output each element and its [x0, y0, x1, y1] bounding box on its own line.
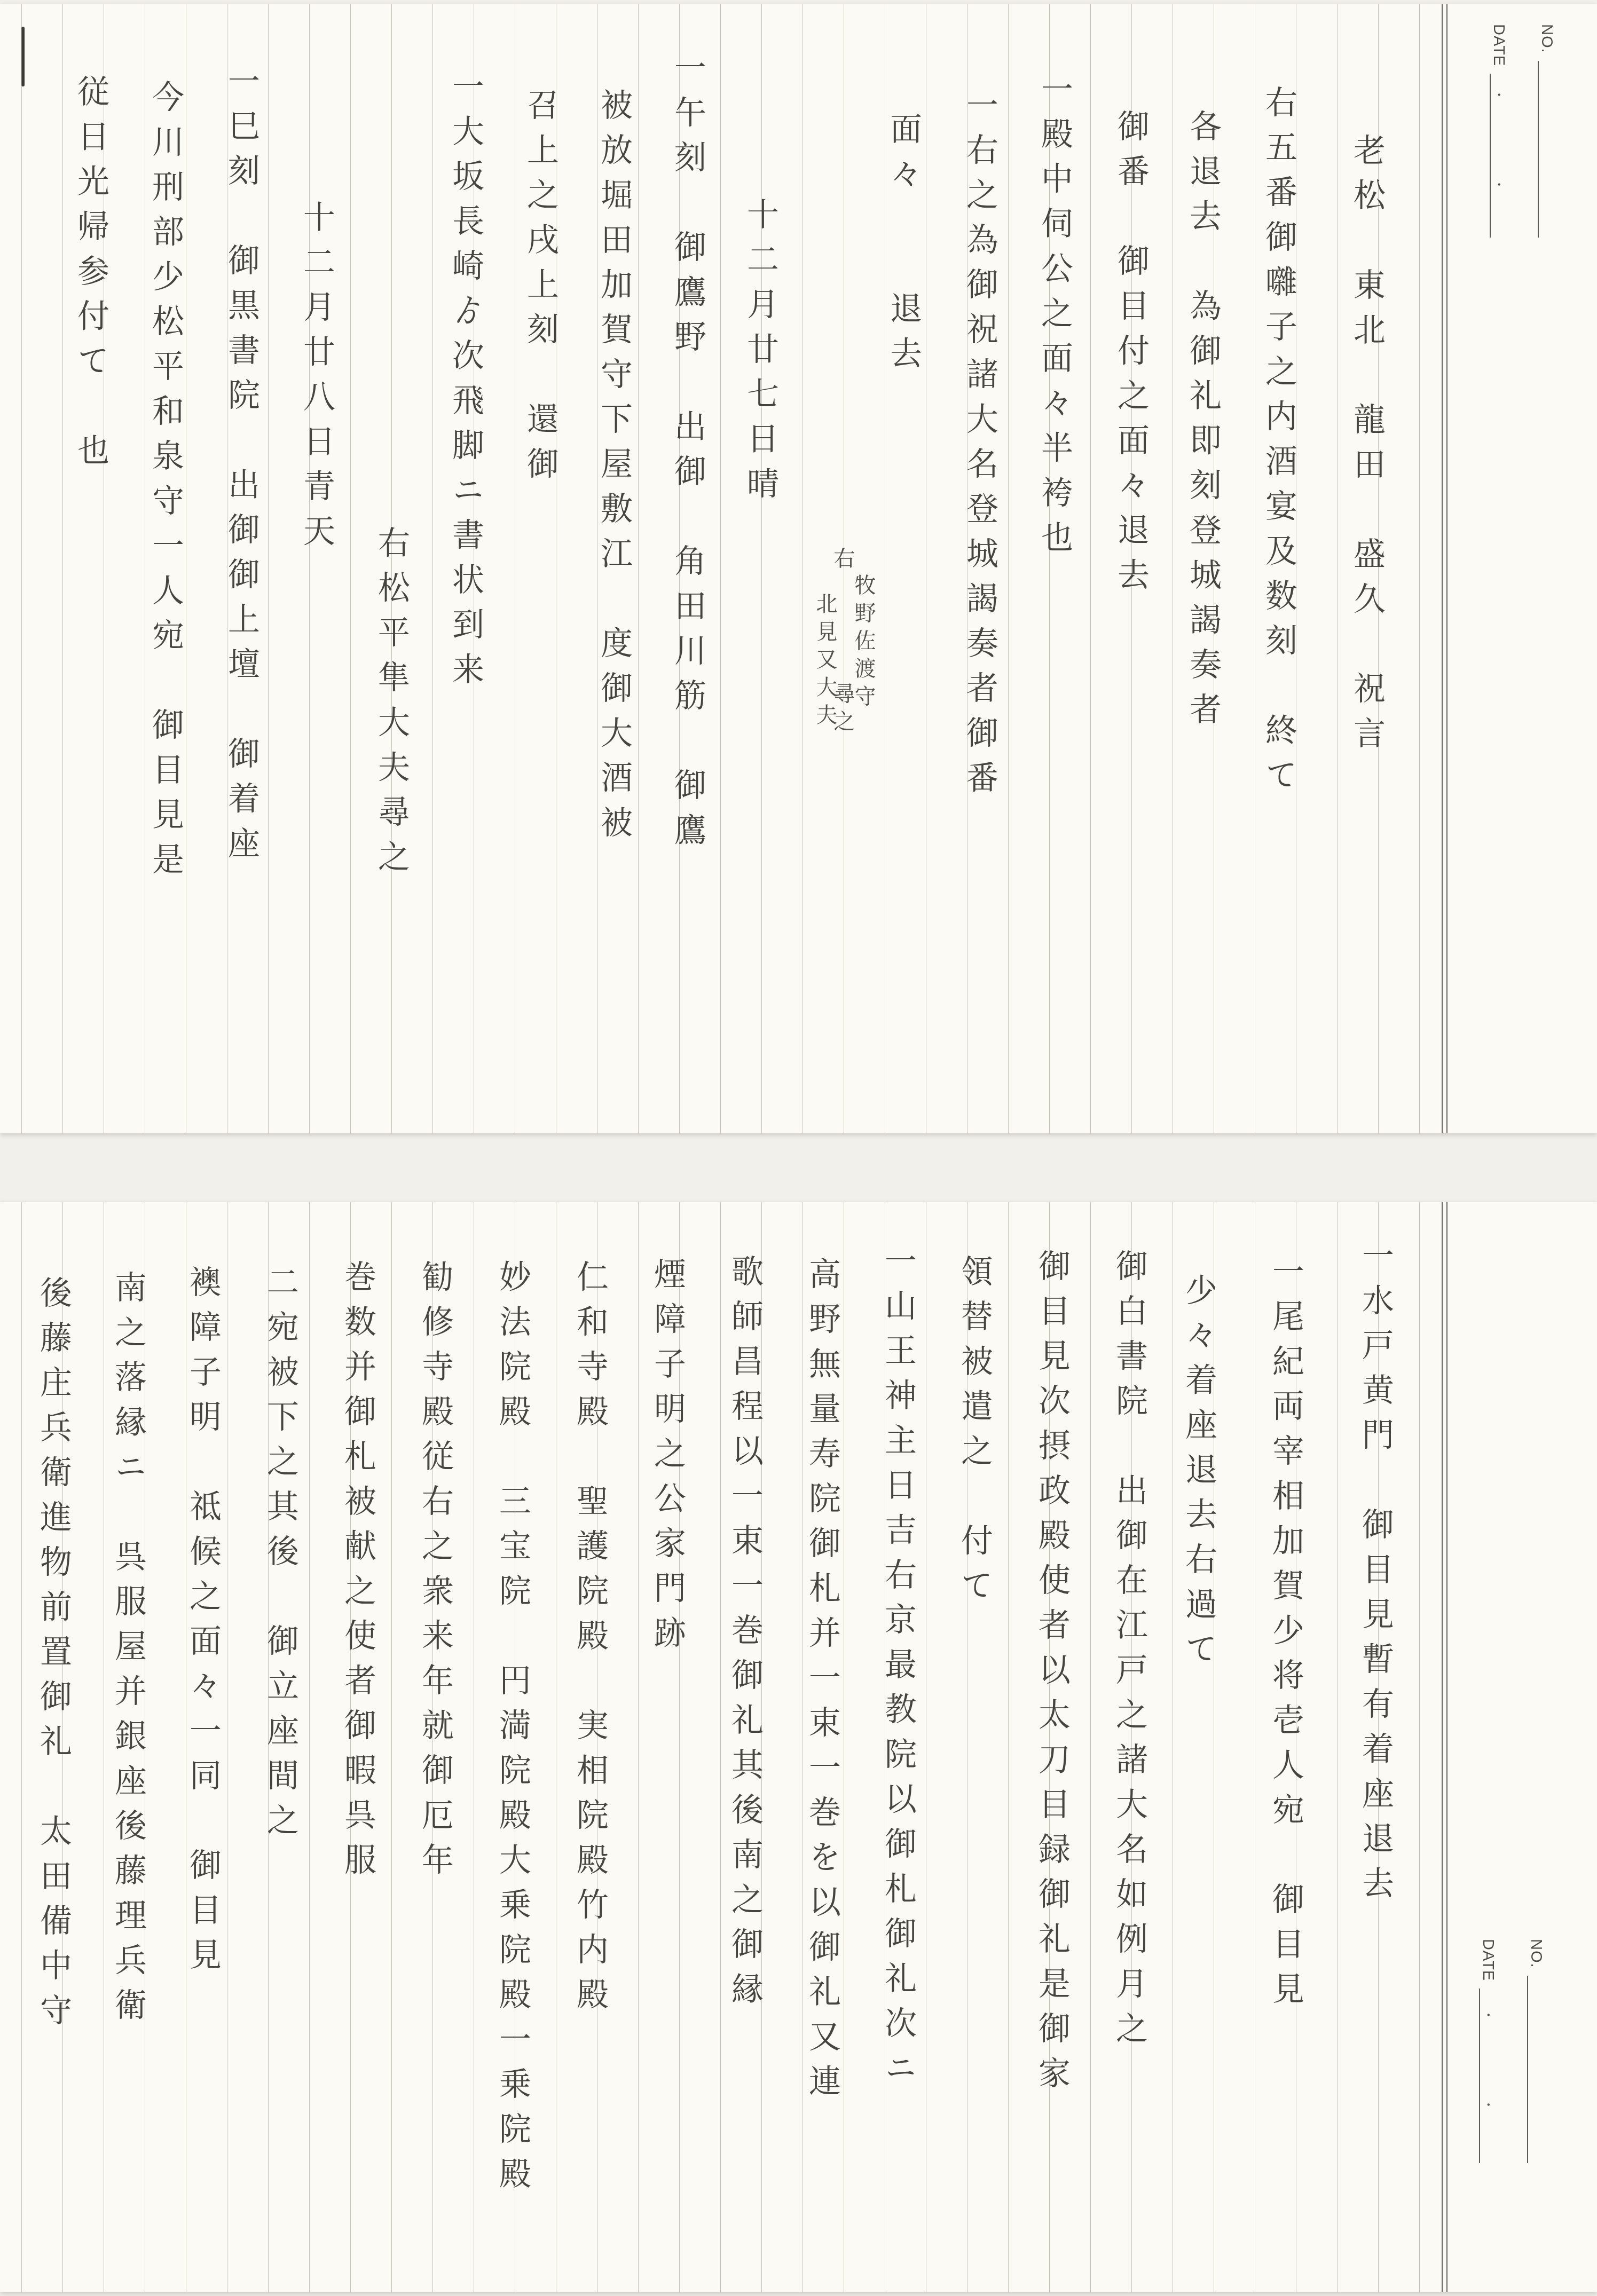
handwritten-text-column: 妙法院殿 三宝院 円満院殿大乗院殿一乗院殿: [494, 1260, 531, 2202]
date-label: DATE: [1490, 24, 1506, 66]
margin-line: [1442, 1202, 1443, 2292]
handwritten-text-column: 今川刑部少松平和泉守一人宛 御目見是: [147, 80, 184, 887]
ruled-line: [391, 1202, 392, 2292]
ruled-line: [21, 4, 22, 1133]
ruled-line: [720, 4, 721, 1133]
ruled-line: [1008, 4, 1009, 1133]
handwritten-text-column: 一巳刻 御黒書院 出御御上壇 御着座: [223, 64, 260, 871]
handwritten-text-column: 後藤庄兵衛進物前置御礼 太田備中守: [35, 1276, 72, 2038]
handwritten-text-column: 一尾紀両宰相加賀少将壱人宛 御目見: [1267, 1254, 1304, 2017]
ruled-line: [309, 4, 310, 1133]
handwritten-text-column: 召上之戌上刻 還御: [522, 88, 559, 492]
ruled-line: [1255, 4, 1255, 1133]
no-line: [1538, 61, 1576, 238]
no-line: [1527, 1976, 1565, 2163]
handwritten-text-column: 面々 退去: [885, 112, 922, 381]
handwritten-text-column: 御目見次摂政殿使者以太刀目録御礼是御家: [1033, 1249, 1071, 2101]
ruled-line: [1419, 4, 1420, 1133]
date-dots: ・ ・: [1480, 2009, 1499, 2143]
ruled-line: [803, 4, 803, 1133]
handwritten-text-column: 尋之: [830, 682, 855, 738]
handwritten-text-column: 被放堀田加賀守下屋敷江 度御大酒被: [595, 88, 633, 850]
no-label: NO.: [1527, 1939, 1544, 1968]
ruled-line: [1173, 4, 1173, 1133]
ruled-line: [309, 1202, 310, 2292]
ruled-line: [104, 1202, 104, 2292]
no-field: NO.: [1538, 24, 1575, 238]
ruled-line: [268, 4, 269, 1133]
handwritten-text-column: 二宛被下之其後 御立座間之: [262, 1265, 299, 1848]
handwritten-text-column: 巻数并御札被献之使者御暇呉服: [339, 1260, 376, 1888]
handwritten-text-column: 各退去 為御礼即刻登城謁奏者: [1184, 109, 1222, 737]
handwritten-text-column: 一山王神主日吉右京最教院以御札御礼次ニ: [879, 1244, 917, 2096]
no-label: NO.: [1538, 24, 1554, 53]
page-1: NO. DATE ・ ・ 老松 東北 龍田 盛久 祝言右五番御囃子之内酒宴及数刻…: [0, 4, 1597, 1133]
handwritten-text-column: 老松 東北 龍田 盛久 祝言: [1348, 133, 1386, 761]
ruled-line: [1008, 1202, 1009, 2292]
date-label: DATE: [1479, 1939, 1496, 1981]
margin-line: [1442, 4, 1443, 1133]
handwritten-text-column: 従日光帰参付て 也: [72, 75, 109, 478]
margin-line: [1446, 1202, 1447, 2292]
handwritten-text-column: 一殿中伺公之面々半袴也: [1036, 72, 1073, 565]
ruled-line: [720, 1202, 721, 2292]
page-header: NO. DATE ・ ・: [1479, 1939, 1564, 2163]
page-header: NO. DATE ・ ・: [1490, 24, 1575, 238]
ruled-line: [844, 1202, 844, 2292]
handwritten-text-column: 御番 御目付之面々退去: [1112, 109, 1150, 603]
handwritten-text-column: 十二月廿八日青天: [298, 200, 335, 559]
ruled-line: [1173, 1202, 1173, 2292]
ruled-line: [1419, 1202, 1420, 2292]
date-dots: ・ ・: [1491, 89, 1509, 223]
handwritten-text-column: 勧修寺殿従右之衆来年就御厄年: [416, 1260, 454, 1888]
ruled-line: [803, 1202, 803, 2292]
ruled-line: [474, 1202, 474, 2292]
ruled-line: [926, 1202, 926, 2292]
handwritten-text-column: 仁和寺殿 聖護院殿 実相院殿竹内殿: [571, 1260, 609, 2022]
date-field: DATE ・ ・: [1479, 1939, 1516, 2163]
handwritten-text-column: 右松平隼大夫尋之: [373, 526, 410, 885]
handwritten-text-column: 一大坂長崎ゟ次飛脚ニ書状到来: [447, 69, 484, 697]
ruled-line: [1337, 4, 1338, 1133]
ruled-line: [926, 4, 926, 1133]
date-line: ・ ・: [1479, 1989, 1517, 2163]
handwritten-text-column: 一午刻 御鷹野 出御 角田川筋 御鷹: [669, 51, 706, 858]
ruled-line: [1090, 1202, 1091, 2292]
handwritten-text-column: 領替被遣之 付て: [956, 1254, 993, 1613]
handwritten-text-column: 御白書院 出御在江戸之諸大名如例月之: [1111, 1249, 1148, 2056]
ruled-line: [515, 4, 515, 1133]
ruled-line: [638, 4, 639, 1133]
ruled-line: [21, 1202, 22, 2292]
date-field: DATE ・ ・: [1490, 24, 1527, 238]
handwritten-text-column: 歌師昌程以一束一巻御礼其後南之御縁: [726, 1254, 764, 2017]
handwritten-text-column: 南之落縁ニ 呉服屋并銀座後藤理兵衛: [109, 1271, 147, 2033]
ruled-line: [350, 4, 351, 1133]
handwritten-text-column: 煙障子明之公家門跡: [649, 1257, 686, 1661]
ruled-line: [1090, 4, 1091, 1133]
ruled-line: [638, 1202, 639, 2292]
handwritten-text-column: 一右之為御祝諸大名登城謁奏者御番: [961, 88, 998, 806]
ruled-line: [556, 1202, 556, 2292]
ruled-line: [432, 4, 433, 1133]
notebook-scan: NO. DATE ・ ・ 老松 東北 龍田 盛久 祝言右五番御囃子之内酒宴及数刻…: [0, 0, 1597, 2296]
handwritten-text-column: 十二月廿七日晴: [742, 198, 779, 511]
ruled-line: [761, 4, 762, 1133]
ruled-line: [186, 4, 186, 1133]
ruled-line: [145, 4, 145, 1133]
ruled-line: [62, 4, 63, 1133]
handwritten-text-column: 一水戸黄門 御目見暫有着座退去: [1357, 1238, 1394, 1911]
handwritten-text-column: 少々着座退去右過て: [1180, 1273, 1217, 1677]
no-field: NO.: [1527, 1939, 1564, 2163]
page-2: NO. DATE ・ ・ 一水戸黄門 御目見暫有着座退去一尾紀両宰相加賀少将壱人…: [0, 1202, 1597, 2292]
margin-line: [1446, 4, 1447, 1133]
handwritten-text-column: 右五番御囃子之内酒宴及数刻 終て: [1260, 85, 1297, 803]
handwritten-text-column: 高野無量寿院御札并一束一巻を以御礼又連: [804, 1257, 841, 2109]
handwritten-text-column: 右: [830, 547, 855, 575]
ruled-line: [1337, 1202, 1338, 2292]
ruled-line: [1255, 1202, 1255, 2292]
ruled-line: [227, 1202, 227, 2292]
date-line: ・ ・: [1490, 74, 1528, 238]
handwritten-text-column: 襖障子明 祗候之面々一同 御目見: [184, 1265, 222, 1983]
